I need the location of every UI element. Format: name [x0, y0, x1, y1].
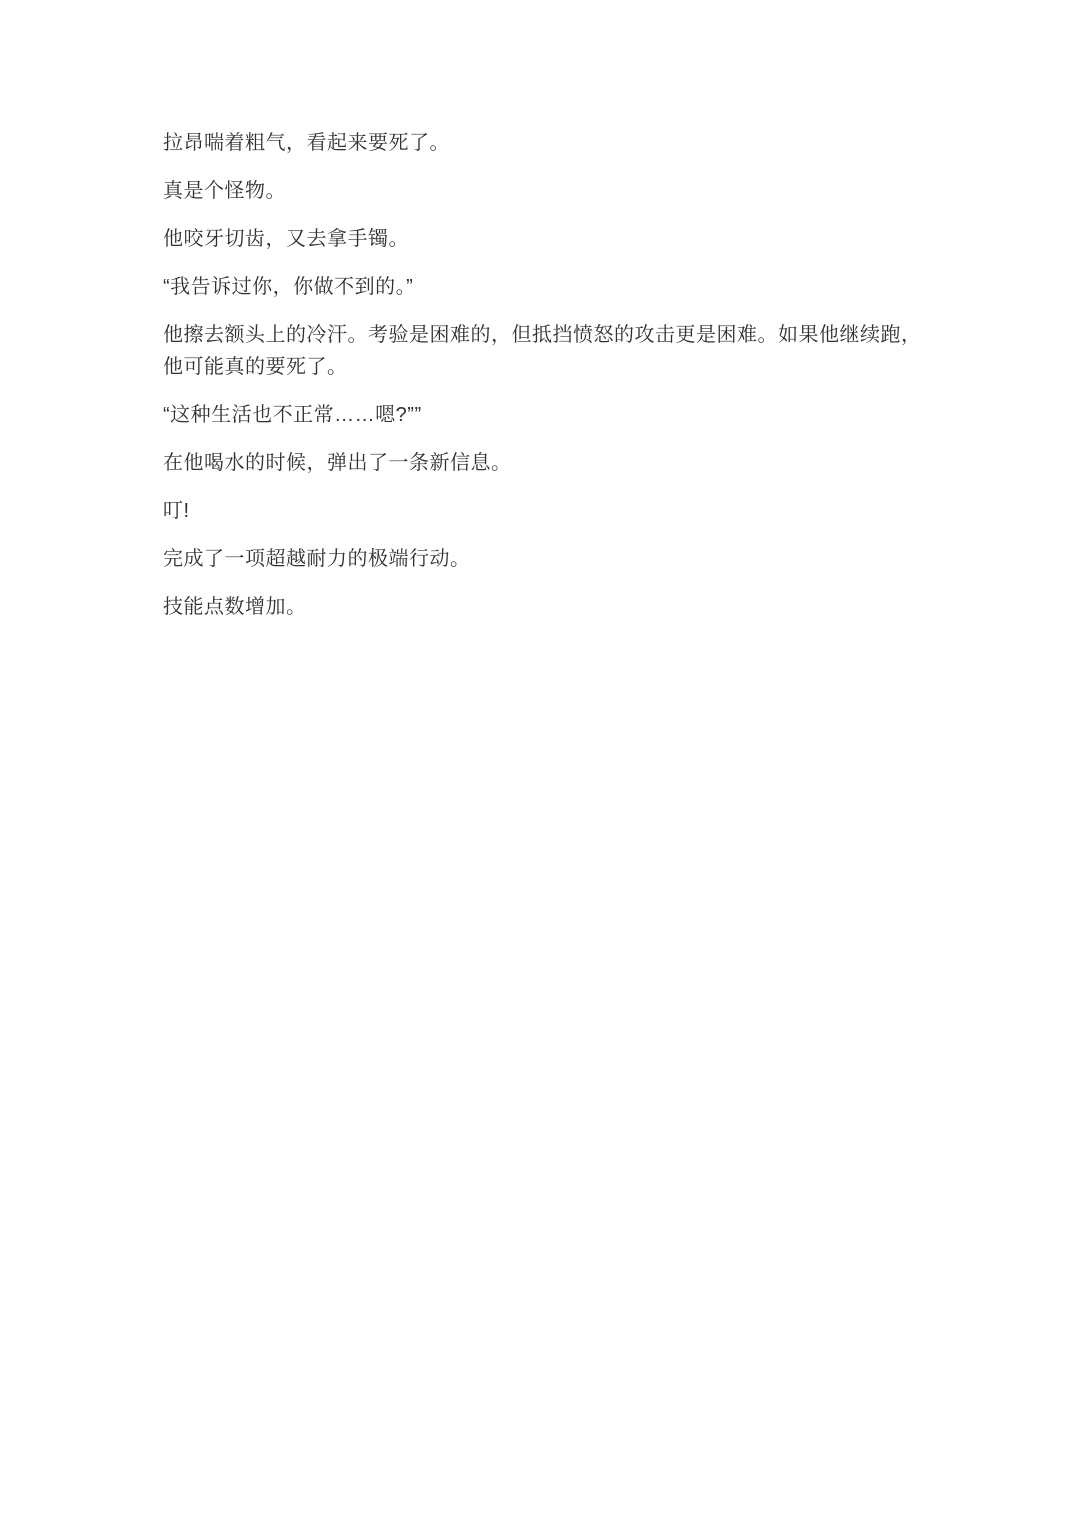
paragraph: 技能点数增加。 — [163, 591, 933, 623]
paragraph: 叮! — [163, 495, 933, 527]
paragraph: 完成了一项超越耐力的极端行动。 — [163, 543, 933, 575]
paragraph: 他擦去额头上的冷汗。考验是困难的，但抵挡愤怒的攻击更是困难。如果他继续跑，他可能… — [163, 319, 933, 383]
paragraph: “这种生活也不正常……嗯?”” — [163, 399, 933, 431]
paragraph: 他咬牙切齿，又去拿手镯。 — [163, 223, 933, 255]
paragraph: “我告诉过你，你做不到的。” — [163, 271, 933, 303]
document-page: 拉昂喘着粗气，看起来要死了。 真是个怪物。 他咬牙切齿，又去拿手镯。 “我告诉过… — [0, 0, 1074, 1519]
paragraph: 在他喝水的时候，弹出了一条新信息。 — [163, 447, 933, 479]
paragraph: 真是个怪物。 — [163, 175, 933, 207]
paragraph: 拉昂喘着粗气，看起来要死了。 — [163, 127, 933, 159]
